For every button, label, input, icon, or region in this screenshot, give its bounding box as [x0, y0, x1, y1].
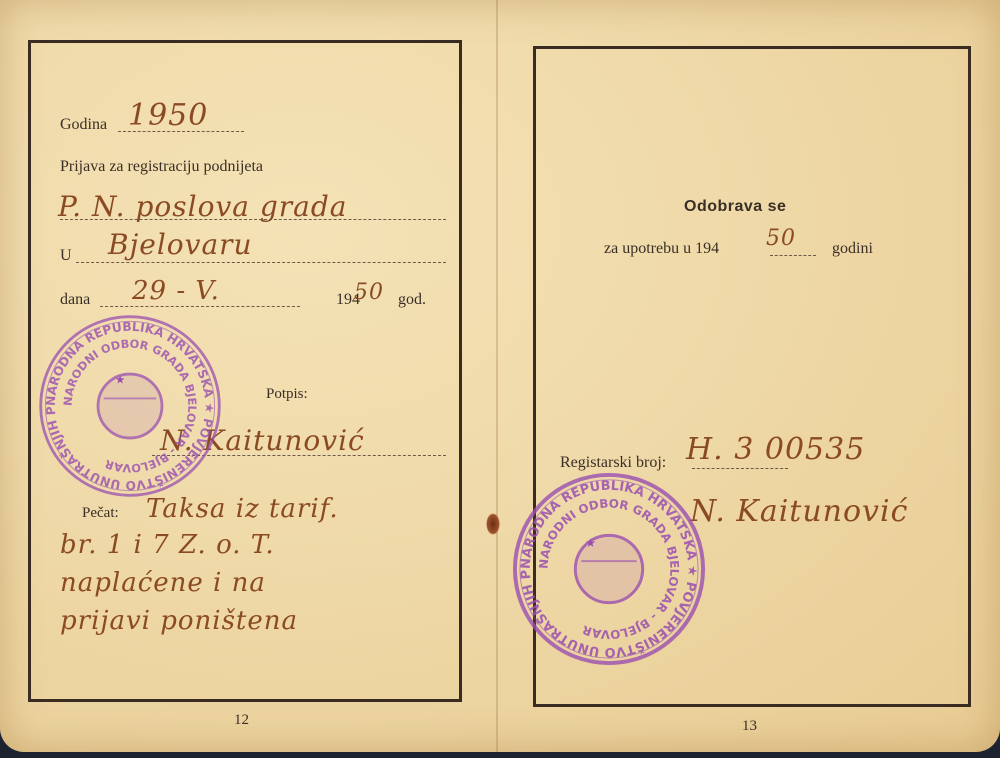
year-prefix: 194: [336, 291, 360, 309]
svg-text:NARODNA REPUBLIKA HRVATSKA ★ P: NARODNA REPUBLIKA HRVATSKA ★ POVJERENIŠT…: [36, 312, 216, 492]
prijava-label: Prijava za registraciju podnijeta: [60, 158, 263, 176]
usage-year-suffix: 50: [766, 226, 796, 251]
heading-odobrava: Odobrava se: [684, 198, 786, 216]
note-line-1: Taksa iz tarif.: [146, 494, 339, 524]
official-stamp-left: NARODNA REPUBLIKA HRVATSKA ★ POVJERENIŠT…: [36, 312, 224, 500]
godina-label: Godina: [60, 116, 107, 134]
usage-prefix: za upotrebu u 194: [604, 240, 719, 258]
left-page-frame: [28, 40, 462, 702]
right-page-frame: [533, 46, 971, 707]
dana-line: [100, 306, 300, 307]
signature-right: N. Kaitunović: [690, 494, 908, 529]
year-suffix: 50: [354, 280, 384, 305]
u-label: U: [60, 247, 72, 265]
dana-label: dana: [60, 291, 90, 309]
god-label: god.: [398, 291, 426, 309]
u-value: Bjelovaru: [108, 228, 253, 261]
dana-value: 29 - V.: [132, 276, 220, 306]
reg-value: H. 3 00535: [686, 432, 865, 467]
booklet-spread: Godina 1950 Prijava za registraciju podn…: [0, 0, 1000, 752]
svg-text:NARODNI ODBOR GRADA BJELOVAR -: NARODNI ODBOR GRADA BJELOVAR - BJELOVAR: [62, 338, 199, 475]
note-line-4: prijavi poništena: [60, 606, 298, 636]
prijava-value: P. N. poslova grada: [58, 190, 347, 223]
usage-suffix: godini: [832, 240, 873, 258]
page-number-left: 12: [234, 712, 249, 729]
usage-line: [770, 255, 816, 256]
godina-value: 1950: [128, 98, 208, 133]
svg-text:★: ★: [585, 536, 596, 550]
spine-fold: [496, 0, 498, 752]
prijava-line: [60, 219, 446, 220]
svg-text:NARODNI ODBOR GRADA BJELOVAR -: NARODNI ODBOR GRADA BJELOVAR - BJELOVAR: [536, 496, 681, 641]
reg-line: [692, 468, 788, 469]
godina-line: [118, 131, 244, 132]
potpis-line: [152, 455, 446, 456]
svg-text:NARODNA REPUBLIKA HRVATSKA ★ P: NARODNA REPUBLIKA HRVATSKA ★ POVJERENIŠT…: [510, 470, 699, 659]
ink-stain: [486, 513, 500, 535]
u-line: [76, 262, 446, 263]
pecat-label: Pečat:: [82, 505, 119, 522]
potpis-label: Potpis:: [266, 386, 308, 403]
svg-text:★: ★: [115, 374, 125, 386]
official-stamp-right: NARODNA REPUBLIKA HRVATSKA ★ POVJERENIŠT…: [510, 470, 708, 668]
page-number-right: 13: [742, 718, 757, 735]
note-line-2: br. 1 i 7 Z. o. T.: [60, 530, 275, 560]
potpis-signature: N. Kaitunović: [160, 424, 365, 457]
reg-label: Registarski broj:: [560, 454, 666, 472]
note-line-3: naplaćene i na: [60, 568, 266, 598]
